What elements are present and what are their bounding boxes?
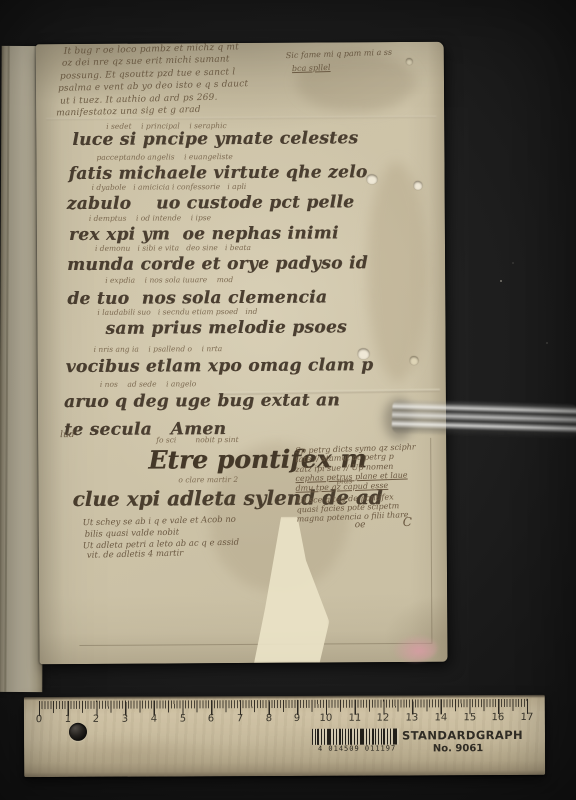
dust-speck xyxy=(500,280,502,282)
interlinear-gloss: i laudabili suo i secndu etiam psoed ind xyxy=(97,307,257,317)
barcode-digits: 4 014509 011197 xyxy=(307,744,407,752)
ruler-number: 3 xyxy=(121,714,128,725)
ruler-number: 1 xyxy=(64,714,71,725)
ruler-hole xyxy=(69,723,87,741)
margin-mark: C xyxy=(403,515,412,529)
wormhole xyxy=(410,356,419,365)
page-holder-strip xyxy=(392,398,576,439)
hymn-line: sam prius melodie psoes xyxy=(105,317,347,338)
stain-blotch xyxy=(366,162,427,382)
ruler-number: 13 xyxy=(405,712,418,723)
interlinear-gloss: i expdia i nos sola iuuare mod xyxy=(105,275,233,285)
interlinear-gloss: i dyabole i amicicia i confessorie i apl… xyxy=(92,182,247,192)
ruler-number: 15 xyxy=(463,712,476,723)
dust-speck xyxy=(470,753,472,755)
ruler-number: 7 xyxy=(236,713,243,724)
ruler-number: 17 xyxy=(520,712,533,723)
ruler: 0 1 2 3 4 5 6 7 8 9 10 11 12 13 14 15 16… xyxy=(24,695,545,777)
interlinear-gloss: i nos ad sede i angelo xyxy=(100,379,197,389)
hymn-line: aruo q deg uge bug extat an xyxy=(64,390,340,412)
interlinear-gloss: o clare martir 2 xyxy=(178,475,238,484)
ruler-number: 6 xyxy=(207,713,214,724)
ruler-number: 16 xyxy=(491,712,504,723)
ruler-number: 11 xyxy=(348,713,361,724)
header-note-line: psalma e vent ab yo deo isto e q s dauct xyxy=(58,79,248,94)
interlinear-gloss: pacceptando angelis i euangeliste xyxy=(96,152,232,162)
ruler-brand-label: STANDARDGRAPH xyxy=(402,728,514,742)
barcode xyxy=(312,729,399,745)
interlinear-gloss: i demonu i sibi e vita deo sine i beata xyxy=(95,243,251,253)
wormhole xyxy=(414,181,423,190)
interlinear-gloss: i nris ang ia i psallend o i nrta xyxy=(94,344,223,354)
ruled-frame-bottom xyxy=(79,643,431,646)
ruled-frame-right xyxy=(430,438,432,644)
hymn-line: vocibus etlam xpo omag clam p xyxy=(66,355,374,377)
interlinear-gloss: i demptus i od intende i ipse xyxy=(89,213,211,223)
manuscript-page: It bug r oe loco pambz et michz q mt oz … xyxy=(36,42,448,664)
hymn-line: luce si pncipe ymate celestes xyxy=(72,128,358,150)
interlinear-gloss: fo sci nobit p sint xyxy=(156,435,238,445)
footer-note-line: vit. de adletis 4 martir xyxy=(87,550,184,562)
dust-speck xyxy=(546,342,548,344)
header-note-line: oz dei nre qz sue erit michi sumant xyxy=(62,54,230,68)
pink-stain xyxy=(391,634,437,662)
margin-mark: lud xyxy=(60,430,74,440)
photo-stage: It bug r oe loco pambz et michz q mt oz … xyxy=(0,0,576,800)
wormhole xyxy=(367,174,378,184)
margin-mark: oe xyxy=(355,520,366,530)
ruler-number: 12 xyxy=(376,713,389,724)
hymn-line: rex xpi ym oe nephas inimi xyxy=(69,223,339,245)
ruler-number: 0 xyxy=(35,714,42,725)
hymn-line: fatis michaele virtute qhe zelo xyxy=(68,162,367,184)
hymn-line: de tuo nos sola clemencia xyxy=(67,287,327,309)
ruler-number: 4 xyxy=(150,714,157,725)
ruler-number: 9 xyxy=(293,713,300,724)
hymn-line: munda corde et orye padyso id xyxy=(67,253,368,275)
centimeter-ticks xyxy=(39,699,529,716)
ruler-number: 10 xyxy=(319,713,332,724)
corner-note-line: bca spllel xyxy=(292,63,331,73)
ruler-number: 14 xyxy=(434,712,447,723)
ruler-model-label: No. 9061 xyxy=(402,743,514,754)
ruler-number: 5 xyxy=(179,713,186,724)
dust-speck xyxy=(512,262,514,264)
ruler-number: 2 xyxy=(92,714,99,725)
ruler-number: 8 xyxy=(265,713,272,724)
hymn-line: zabulo uo custode pct pelle xyxy=(67,192,355,214)
ruler-ticks xyxy=(39,699,529,701)
wormhole xyxy=(406,58,413,65)
stain-blotch xyxy=(296,52,416,113)
